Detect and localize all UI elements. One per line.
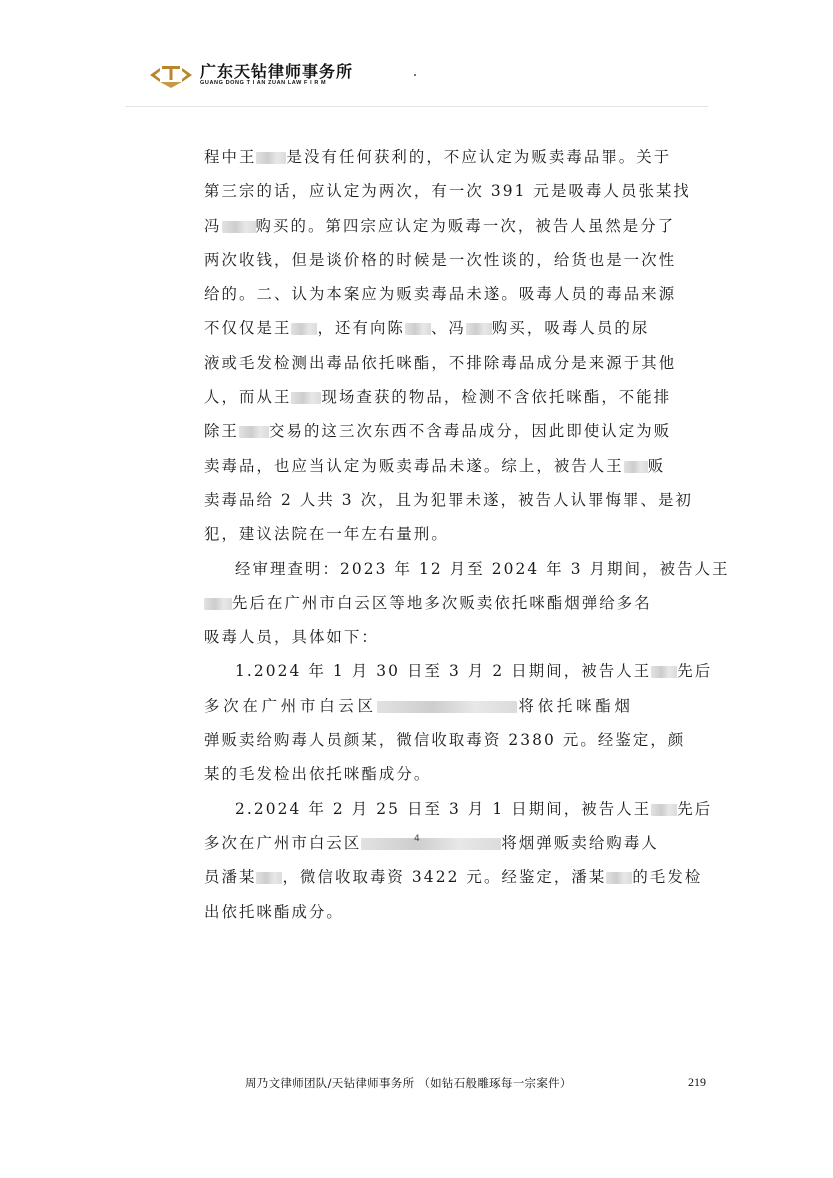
text-line: 人，而从王现场查获的物品，检测不含依托咪酯，不能排	[204, 380, 632, 414]
text-line: 卖毒品给 2 人共 3 次，且为犯罪未遂，被告人认罪悔罪、是初	[204, 483, 632, 517]
redacted-name	[466, 323, 492, 335]
stray-dot	[414, 74, 416, 76]
text-line: 1.2024 年 1 月 30 日至 3 月 2 日期间，被告人王先后	[204, 654, 632, 688]
document-body: 程中王是没有任何获利的，不应认定为贩卖毒品罪。关于第三宗的话，应认定为两次，有一…	[204, 140, 632, 929]
text-line: 先后在广州市白云区等地多次贩卖依托咪酯烟弹给多名	[204, 586, 632, 620]
text-line: 出依托咪酯成分。	[204, 895, 632, 929]
redacted-name	[291, 323, 317, 335]
redacted-text	[377, 701, 517, 713]
redacted-name	[651, 804, 677, 816]
text-line: 不仅仅是王，还有向陈、冯购买，吸毒人员的尿	[204, 311, 632, 345]
letterhead: 广东天钻律师事务所 GUANG DONG T I AN ZUAN LAW F I…	[148, 60, 353, 90]
redacted-text	[256, 152, 286, 164]
text-line: 吸毒人员，具体如下：	[204, 620, 632, 654]
text-line: 某的毛发检出依托咪酯成分。	[204, 757, 632, 791]
inner-page-number: 4	[414, 834, 420, 844]
text-line: 第三宗的话，应认定为两次，有一次 391 元是吸毒人员张某找	[204, 174, 632, 208]
text-line: 2.2024 年 2 月 25 日至 3 月 1 日期间，被告人王先后	[204, 792, 632, 826]
redacted-name	[256, 872, 282, 884]
text-line: 两次收钱，但是谈价格的时候是一次性谈的，给货也是一次性	[204, 243, 632, 277]
redacted-name	[405, 323, 431, 335]
firm-logo-icon	[148, 62, 194, 88]
footer-page-number: 219	[688, 1075, 706, 1090]
redacted-text	[239, 426, 269, 438]
redacted-name	[606, 872, 632, 884]
redacted-name	[651, 666, 677, 678]
text-line: 液或毛发检测出毒品依托咪酯，不排除毒品成分是来源于其他	[204, 346, 632, 380]
text-line: 经审理查明：2023 年 12 月至 2024 年 3 月期间，被告人王	[204, 552, 632, 586]
redacted-text	[361, 838, 501, 850]
text-line: 员潘某，微信收取毒资 3422 元。经鉴定，潘某的毛发检	[204, 860, 632, 894]
footer-slogan: 周乃文律师团队/天钻律师事务所 （如钻石般雕琢每一宗案件）	[245, 1075, 572, 1091]
text-line: 卖毒品，也应当认定为贩卖毒品未遂。综上，被告人王贩	[204, 449, 632, 483]
header-divider	[125, 106, 708, 107]
text-line: 程中王是没有任何获利的，不应认定为贩卖毒品罪。关于	[204, 140, 632, 174]
text-line: 除王交易的这三次东西不含毒品成分，因此即使认定为贩	[204, 414, 632, 448]
text-line: 多次在广州市白云区将依托咪酯烟	[204, 689, 632, 723]
redacted-text	[291, 392, 321, 404]
redacted-text	[222, 221, 256, 233]
firm-name-en: GUANG DONG T I AN ZUAN LAW F I R M	[200, 80, 353, 87]
text-line: 犯，建议法院在一年左右量刑。	[204, 517, 632, 551]
firm-name-cn: 广东天钻律师事务所	[200, 63, 353, 80]
text-line: 冯购买的。第四宗应认定为贩毒一次，被告人虽然是分了	[204, 209, 632, 243]
redacted-text	[624, 461, 648, 473]
text-line: 弹贩卖给购毒人员颜某，微信收取毒资 2380 元。经鉴定，颜	[204, 723, 632, 757]
text-line: 给的。二、认为本案应为贩卖毒品未遂。吸毒人员的毒品来源	[204, 277, 632, 311]
redacted-text	[204, 598, 232, 610]
